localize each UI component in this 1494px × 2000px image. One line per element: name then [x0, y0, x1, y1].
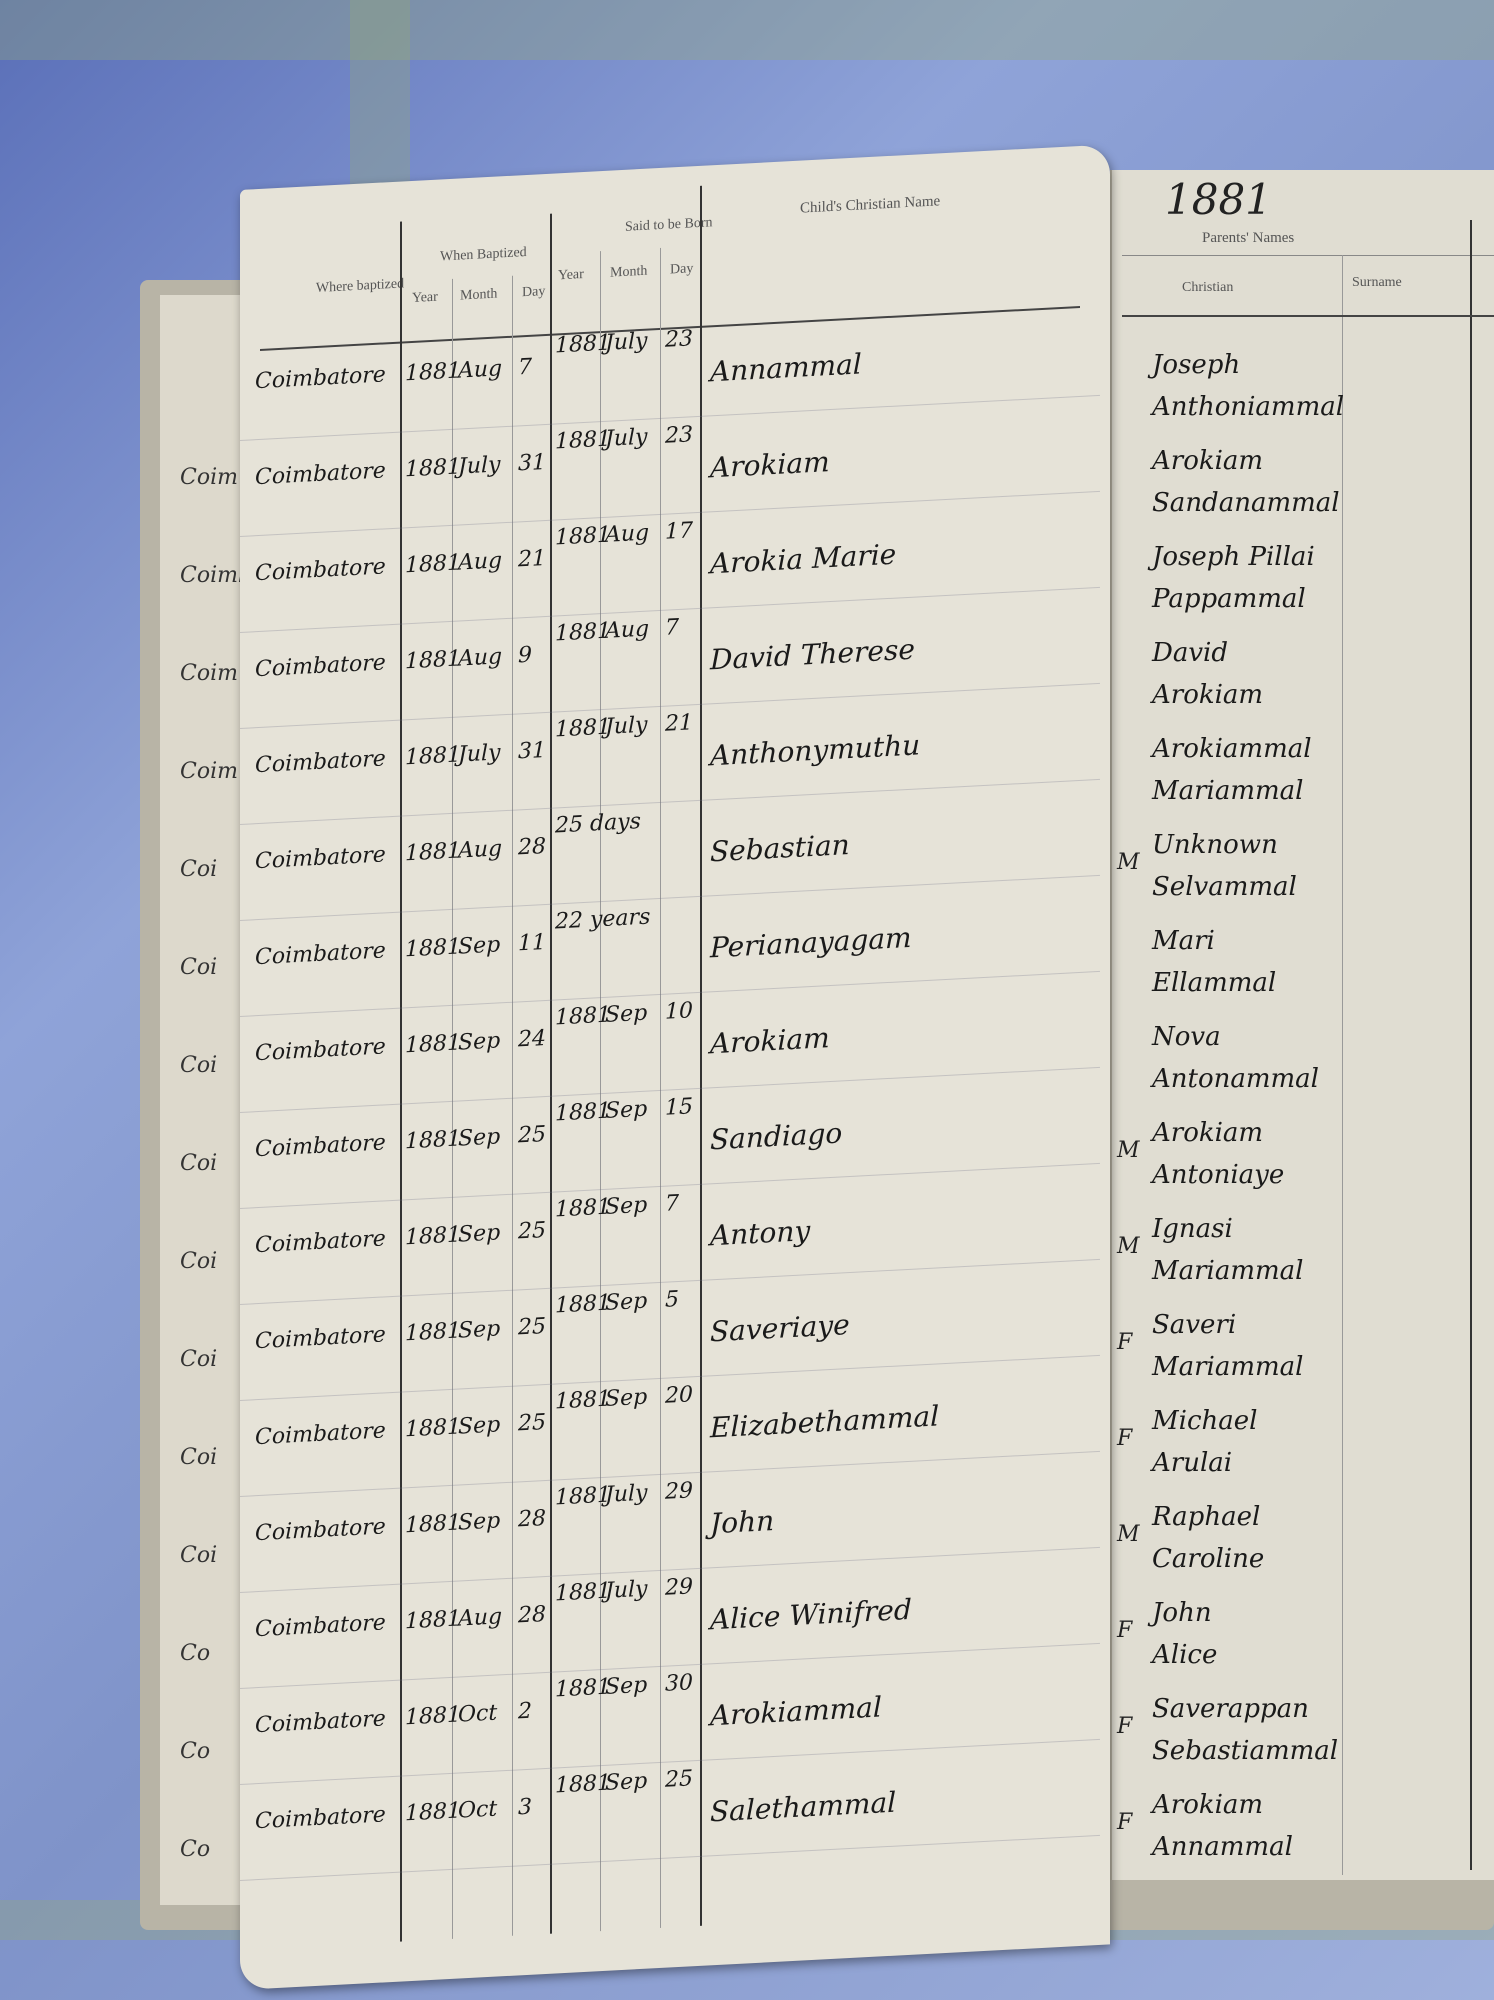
column-divider — [1342, 255, 1343, 1875]
baptism-day: 11 — [518, 930, 546, 956]
sex-marker: F — [1117, 1810, 1132, 1835]
child-name: David Therese — [710, 633, 915, 677]
when-baptized-header: When Baptized — [440, 245, 527, 266]
birth-day: 23 — [665, 422, 693, 448]
month-header: Month — [460, 287, 497, 305]
baptism-year: 1881 — [405, 550, 461, 578]
birth-month: July — [605, 713, 647, 740]
birth-month: Sep — [605, 1289, 647, 1316]
birth-year: 1881 — [555, 1387, 611, 1415]
baptism-day: 21 — [518, 546, 546, 572]
underlying-page-text: Co — [180, 1837, 210, 1862]
where-baptized: Coimbatore — [255, 1322, 386, 1354]
baptism-month: Aug — [458, 836, 502, 863]
mother-name: Anthoniammal — [1152, 392, 1344, 422]
baptism-year: 1881 — [405, 1606, 461, 1634]
year-annotation: 1881 — [1165, 175, 1272, 224]
child-name: Annammal — [710, 347, 862, 388]
birth-month: July — [605, 1577, 647, 1604]
birth-day: 21 — [665, 710, 693, 736]
child-name: John — [710, 1504, 774, 1540]
baptism-year: 1881 — [405, 1798, 461, 1826]
christian-header: Christian — [1182, 280, 1233, 296]
birth-month: Aug — [605, 617, 649, 644]
birth-year: 1881 — [555, 1579, 611, 1607]
underlying-page-text: Coi — [180, 1543, 217, 1568]
birth-year: 1881 — [555, 1099, 611, 1127]
birth-year: 1881 — [555, 427, 611, 455]
father-name: Saverappan — [1152, 1694, 1309, 1724]
birth-year: 1881 — [555, 1483, 611, 1511]
birth-month: Sep — [605, 1769, 647, 1796]
birth-month: Sep — [605, 1001, 647, 1028]
underlying-page-text: Co — [180, 1739, 210, 1764]
baptism-year: 1881 — [405, 1222, 461, 1250]
baptism-day: 7 — [518, 355, 532, 381]
baptism-year: 1881 — [405, 1318, 461, 1346]
child-name: Arokia Marie — [710, 538, 896, 581]
child-name: Sandiago — [710, 1116, 842, 1156]
header-rule — [1122, 315, 1494, 317]
baptism-month: Sep — [458, 1220, 500, 1247]
father-name: John — [1152, 1598, 1212, 1628]
birth-month: Aug — [605, 521, 649, 548]
birth-day: 29 — [665, 1478, 693, 1504]
father-name: Michael — [1152, 1406, 1257, 1436]
mother-name: Mariammal — [1152, 1256, 1304, 1286]
child-name: Anthonymuthu — [710, 728, 920, 772]
mother-name: Caroline — [1152, 1544, 1264, 1574]
baptism-month: Aug — [458, 548, 502, 575]
mother-name: Mariammal — [1152, 776, 1304, 806]
birth-day: 17 — [665, 518, 693, 544]
underlying-page-text: Coi — [180, 1249, 217, 1274]
birth-year: 1881 — [555, 1195, 611, 1223]
baptism-year: 1881 — [405, 934, 461, 962]
baptism-month: Aug — [458, 644, 502, 671]
birth-day: 30 — [665, 1670, 693, 1696]
baptism-year: 1881 — [405, 1126, 461, 1154]
mother-name: Annammal — [1152, 1832, 1293, 1862]
baptism-month: July — [458, 740, 500, 767]
underlying-page-text: Coim — [180, 759, 238, 784]
where-baptized: Coimbatore — [255, 554, 386, 586]
underlying-page-text: Coi — [180, 1445, 217, 1470]
underlying-page-text: Coi — [180, 1347, 217, 1372]
baptism-day: 25 — [518, 1122, 546, 1148]
birth-year: 25 days — [555, 809, 641, 839]
underlying-page-text: Coi — [180, 1151, 217, 1176]
underlying-page-text: Co — [180, 1641, 210, 1666]
child-name: Saveriaye — [710, 1308, 850, 1348]
baptism-year: 1881 — [405, 1702, 461, 1730]
baptism-day: 31 — [518, 738, 546, 764]
mother-name: Antonammal — [1152, 1064, 1319, 1094]
baptism-month: July — [458, 452, 500, 479]
birth-day: 10 — [665, 998, 693, 1024]
baptism-day: 25 — [518, 1218, 546, 1244]
birth-year: 1881 — [555, 331, 611, 359]
baptism-year: 1881 — [405, 1414, 461, 1442]
baptism-month: Sep — [458, 1124, 500, 1151]
birth-year: 1881 — [555, 1675, 611, 1703]
sex-marker: M — [1117, 1138, 1140, 1163]
parents-names-header: Parents' Names — [1202, 230, 1294, 247]
birth-year: 1881 — [555, 619, 611, 647]
child-name: Arokiam — [710, 1021, 830, 1060]
baptism-month: Aug — [458, 1604, 502, 1631]
where-header: Where baptized — [300, 276, 420, 298]
birth-month: July — [605, 329, 647, 356]
father-name: David — [1152, 638, 1228, 668]
left-page: Where baptized When Baptized Said to be … — [240, 144, 1110, 1990]
child-name: Arokiam — [710, 445, 830, 484]
mother-name: Pappammal — [1152, 584, 1306, 614]
baptism-year: 1881 — [405, 646, 461, 674]
baptism-day: 28 — [518, 1506, 546, 1532]
birth-month: Sep — [605, 1673, 647, 1700]
where-baptized: Coimbatore — [255, 1610, 386, 1642]
where-baptized: Coimbatore — [255, 1706, 386, 1738]
birth-year: 1881 — [555, 1291, 611, 1319]
born-day-header: Day — [670, 261, 693, 278]
baptism-month: Aug — [458, 356, 502, 383]
birth-day: 7 — [665, 1191, 679, 1217]
baptism-month: Oct — [458, 1701, 497, 1728]
born-year-header: Year — [558, 267, 584, 284]
birth-year: 1881 — [555, 1771, 611, 1799]
birth-day: 23 — [665, 326, 693, 352]
sex-marker: M — [1117, 850, 1140, 875]
child-name: Sebastian — [710, 828, 850, 868]
mother-name: Antoniaye — [1152, 1160, 1284, 1190]
where-baptized: Coimbatore — [255, 650, 386, 682]
mother-name: Selvammal — [1152, 872, 1297, 902]
baptism-month: Sep — [458, 932, 500, 959]
birth-day: 5 — [665, 1287, 679, 1313]
baptism-month: Oct — [458, 1797, 497, 1824]
baptism-day: 24 — [518, 1026, 546, 1052]
birth-month: Sep — [605, 1097, 647, 1124]
mother-name: Arulai — [1152, 1448, 1232, 1478]
where-baptized: Coimbatore — [255, 842, 386, 874]
mother-name: Alice — [1152, 1640, 1217, 1670]
birth-year: 1881 — [555, 715, 611, 743]
mother-name: Arokiam — [1152, 680, 1263, 710]
sex-marker: M — [1117, 1522, 1140, 1547]
baptism-year: 1881 — [405, 742, 461, 770]
where-baptized: Coimbatore — [255, 1802, 386, 1834]
father-name: Mari — [1152, 926, 1215, 956]
where-baptized: Coimbatore — [255, 1130, 386, 1162]
baptism-day: 3 — [518, 1795, 532, 1821]
ruled-line — [240, 1835, 1100, 1881]
father-name: Raphael — [1152, 1502, 1260, 1532]
underlying-page-text: Coi — [180, 857, 217, 882]
baptism-day: 25 — [518, 1410, 546, 1436]
baptism-month: Sep — [458, 1028, 500, 1055]
underlying-page-text: Coi — [180, 955, 217, 980]
father-name: Arokiam — [1152, 1118, 1263, 1148]
birth-year: 1881 — [555, 523, 611, 551]
mother-name: Ellammal — [1152, 968, 1276, 998]
where-baptized: Coimbatore — [255, 746, 386, 778]
baptism-year: 1881 — [405, 1030, 461, 1058]
sex-marker: F — [1117, 1714, 1132, 1739]
baptism-month: Sep — [458, 1316, 500, 1343]
sex-marker: F — [1117, 1618, 1132, 1643]
birth-day: 25 — [665, 1766, 693, 1792]
baptism-day: 28 — [518, 834, 546, 860]
birth-month: July — [605, 1481, 647, 1508]
where-baptized: Coimbatore — [255, 1514, 386, 1546]
where-baptized: Coimbatore — [255, 1226, 386, 1258]
father-name: Arokiammal — [1152, 734, 1312, 764]
where-baptized: Coimbatore — [255, 362, 386, 394]
father-name: Arokiam — [1152, 446, 1263, 476]
child-name: Elizabethammal — [710, 1399, 939, 1444]
father-name: Nova — [1152, 1022, 1221, 1052]
year-header: Year — [412, 290, 438, 307]
baptism-day: 25 — [518, 1314, 546, 1340]
where-baptized: Coimbatore — [255, 458, 386, 490]
baptism-day: 31 — [518, 450, 546, 476]
birth-day: 20 — [665, 1382, 693, 1408]
mother-name: Sandanammal — [1152, 488, 1340, 518]
birth-month: Sep — [605, 1193, 647, 1220]
child-name: Salethammal — [710, 1786, 896, 1829]
birth-day: 15 — [665, 1094, 693, 1120]
sex-marker: M — [1117, 1234, 1140, 1259]
birth-year: 1881 — [555, 1003, 611, 1031]
baptism-day: 2 — [518, 1699, 532, 1725]
where-baptized: Coimbatore — [255, 1034, 386, 1066]
baptism-year: 1881 — [405, 454, 461, 482]
father-name: Joseph Pillai — [1152, 542, 1315, 572]
child-name: Antony — [710, 1214, 810, 1252]
column-divider — [1470, 220, 1472, 1870]
day-header: Day — [522, 284, 545, 301]
underlying-page-text: Coi — [180, 1053, 217, 1078]
birth-month: July — [605, 425, 647, 452]
where-baptized: Coimbatore — [255, 938, 386, 970]
baptism-day: 9 — [518, 643, 532, 669]
mother-name: Sebastiammal — [1152, 1736, 1338, 1766]
father-name: Ignasi — [1152, 1214, 1233, 1244]
baptism-year: 1881 — [405, 838, 461, 866]
mother-name: Mariammal — [1152, 1352, 1304, 1382]
father-name: Arokiam — [1152, 1790, 1263, 1820]
where-baptized: Coimbatore — [255, 1418, 386, 1450]
underlying-page-text: Coim — [180, 465, 238, 490]
birth-day: 29 — [665, 1574, 693, 1600]
father-name: Unknown — [1152, 830, 1278, 860]
sex-marker: F — [1117, 1330, 1132, 1355]
baptism-year: 1881 — [405, 1510, 461, 1538]
child-name: Alice Winifred — [710, 1593, 912, 1637]
underlying-page-text: Coim — [180, 661, 238, 686]
father-name: Saveri — [1152, 1310, 1236, 1340]
sex-marker: F — [1117, 1426, 1132, 1451]
birth-month: Sep — [605, 1385, 647, 1412]
baptism-day: 28 — [518, 1602, 546, 1628]
child-name: Perianayagam — [710, 921, 912, 965]
baptism-year: 1881 — [405, 358, 461, 386]
birth-year: 22 years — [555, 904, 650, 934]
child-name-header: Child's Christian Name — [800, 193, 940, 217]
born-month-header: Month — [610, 264, 647, 282]
cloth-pattern — [0, 0, 1494, 60]
baptism-month: Sep — [458, 1508, 500, 1535]
right-page: Parents' Names Christian Surname JosephA… — [1110, 170, 1494, 1880]
child-name: Arokiammal — [710, 1690, 882, 1732]
father-name: Joseph — [1152, 350, 1240, 380]
birth-day: 7 — [665, 615, 679, 641]
baptism-month: Sep — [458, 1412, 500, 1439]
surname-header: Surname — [1352, 275, 1402, 291]
header-rule — [1122, 255, 1494, 256]
